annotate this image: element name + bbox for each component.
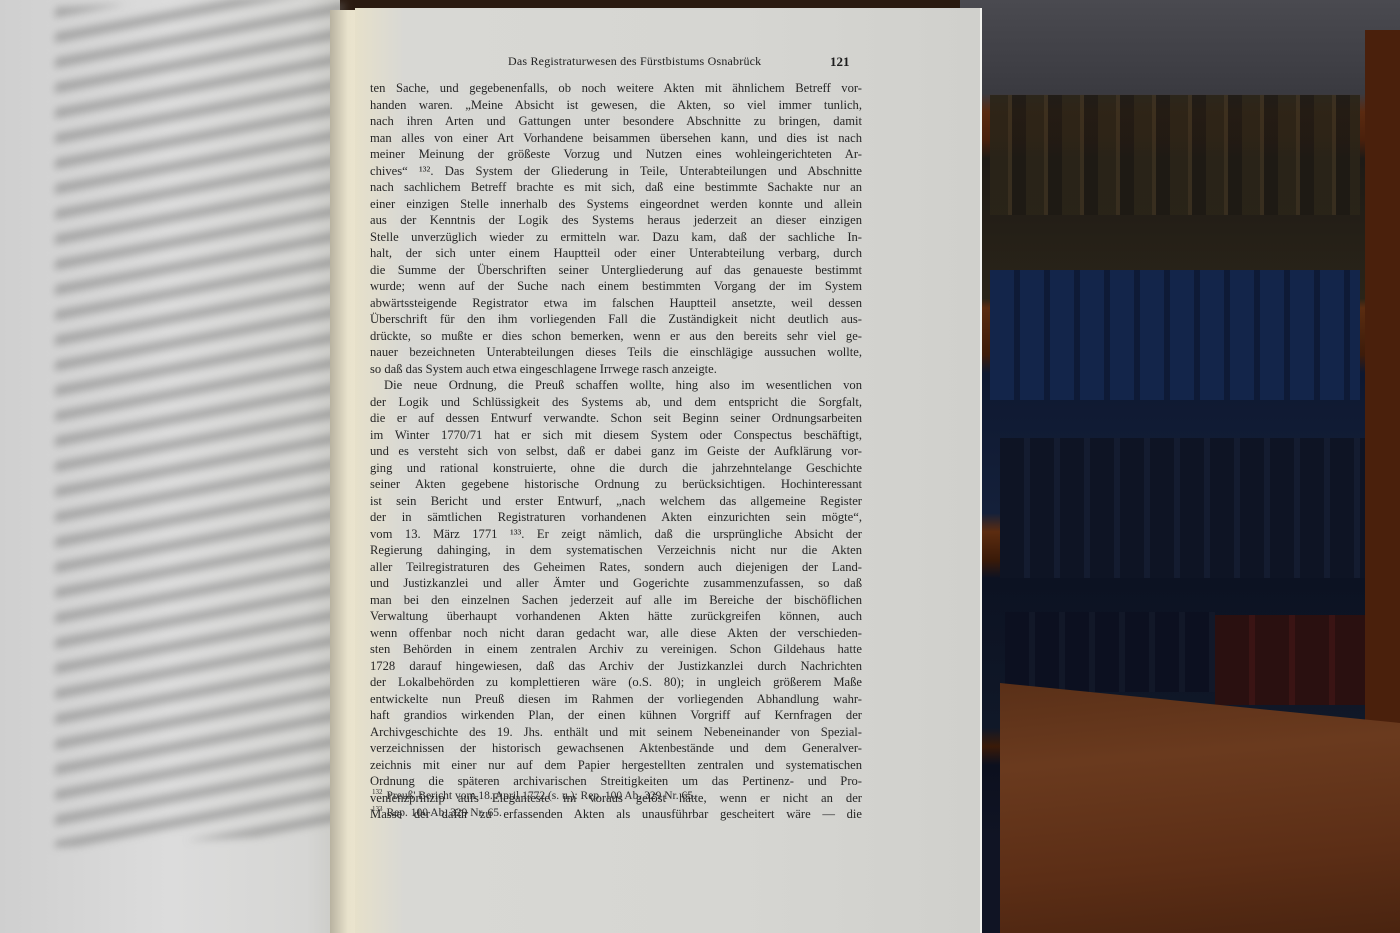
text-line: man alles von einer Art Vorhandene beisa… (370, 130, 862, 147)
footnotes: 132Preuß' Bericht vom 18. April 1772 (s.… (372, 786, 772, 820)
text-line: halt, der sich unter einem Hauptteil ode… (370, 245, 862, 262)
text-line: ging und rational konstruierte, ohne die… (370, 460, 862, 477)
text-line: und es versteht sich von selbst, daß er … (370, 443, 862, 460)
wooden-desk (1000, 683, 1400, 933)
book-spines-dark (1000, 438, 1365, 578)
text-line: Überschrift für den ihm vorliegenden Fal… (370, 311, 862, 328)
text-line: abwärtssteigende Registrator etwa im fal… (370, 295, 862, 312)
text-line: vom 13. März 1771 ¹³³. Er zeigt nämlich,… (370, 526, 862, 543)
body-text: ten Sache, und gegebenenfalls, ob noch w… (370, 80, 862, 823)
book-spines-gilded (990, 95, 1360, 215)
text-line: nach sachlichem Betreff brachte es mit s… (370, 179, 862, 196)
footnote-132: 132Preuß' Bericht vom 18. April 1772 (s.… (372, 786, 772, 803)
text-line: wenn offenbar noch nicht daran gedacht w… (370, 625, 862, 642)
text-line: nach ihren Arten und Gattungen unter bes… (370, 113, 862, 130)
text-line: handen waren. „Meine Absicht ist gewesen… (370, 97, 862, 114)
book-spines-lower (1005, 612, 1215, 692)
text-line: ten Sache, und gegebenenfalls, ob noch w… (370, 80, 862, 97)
text-line: Archivgeschichte des 19. Jhs. enthält un… (370, 724, 862, 741)
text-line: einer einzigen Stelle innerhalb des Syst… (370, 196, 862, 213)
text-line: Stelle unverzüglich wieder zu ermitteln … (370, 229, 862, 246)
text-line: man bei den einzelnen Sachen jederzeit a… (370, 592, 862, 609)
text-line: meiner Meinung der größeste Vorzug und N… (370, 146, 862, 163)
text-line: drückte, so mußte er dies schon bemerken… (370, 328, 862, 345)
text-line: nauer bezeichneten Unterabteilungen dies… (370, 344, 862, 361)
text-line: der Lokalbehörden zu komplettieren wäre … (370, 674, 862, 691)
footnote-133: 133Rep. 100 Ab. 329 Nr. 65. (372, 803, 772, 820)
text-line: und Justizkanzlei und aller Ämter und Go… (370, 575, 862, 592)
text-line: haft grandios wirkenden Plan, der einen … (370, 707, 862, 724)
left-page-blurred (0, 0, 340, 933)
text-line: der Logik und Schlüssigkeit des Systems … (370, 394, 862, 411)
text-line: zeichnis mit einer nur auf dem Papier he… (370, 757, 862, 774)
text-line: der in sämtlichen Registraturen vorhande… (370, 509, 862, 526)
book-spines-blue (990, 270, 1360, 400)
text-line: aus der Kenntnis der Logik des Systems h… (370, 212, 862, 229)
text-line: Regierung dahinging, in dem systematisch… (370, 542, 862, 559)
text-line: verzeichnissen der historisch gewachsene… (370, 740, 862, 757)
text-line: so daß das System auch etwa eingeschlage… (370, 361, 862, 378)
text-line: die Summe der Überschriften seiner Unter… (370, 262, 862, 279)
text-line: wurde; wenn auf der Suche nach einem bes… (370, 278, 862, 295)
text-line: im Winter 1770/71 hat er sich mit diesem… (370, 427, 862, 444)
text-line: sten Behörden in einem zentralen Archiv … (370, 641, 862, 658)
text-line: seiner Akten gegebene historische Ordnun… (370, 476, 862, 493)
text-line: chives“ ¹³². Das System der Gliederung i… (370, 163, 862, 180)
page-number: 121 (830, 54, 850, 70)
text-line: Die neue Ordnung, die Preuß schaffen wol… (370, 377, 862, 394)
text-line: 1728 darauf hingewiesen, daß das Archiv … (370, 658, 862, 675)
text-line: die er auf dessen Entwurf verwandte. Sch… (370, 410, 862, 427)
text-line: ist sein Bericht und erster Entwurf, „na… (370, 493, 862, 510)
text-line: aller Teilregistraturen des Geheimen Rat… (370, 559, 862, 576)
shelf-frame (1365, 30, 1400, 730)
blurred-text-block (55, 0, 345, 848)
text-line: Verwaltung überhaupt vorhandenen Akten h… (370, 608, 862, 625)
text-line: entwickelte nun Preuß diesen im Rahmen d… (370, 691, 862, 708)
book-spines-red (1215, 615, 1365, 705)
running-head: Das Registraturwesen des Fürstbistums Os… (508, 54, 853, 69)
